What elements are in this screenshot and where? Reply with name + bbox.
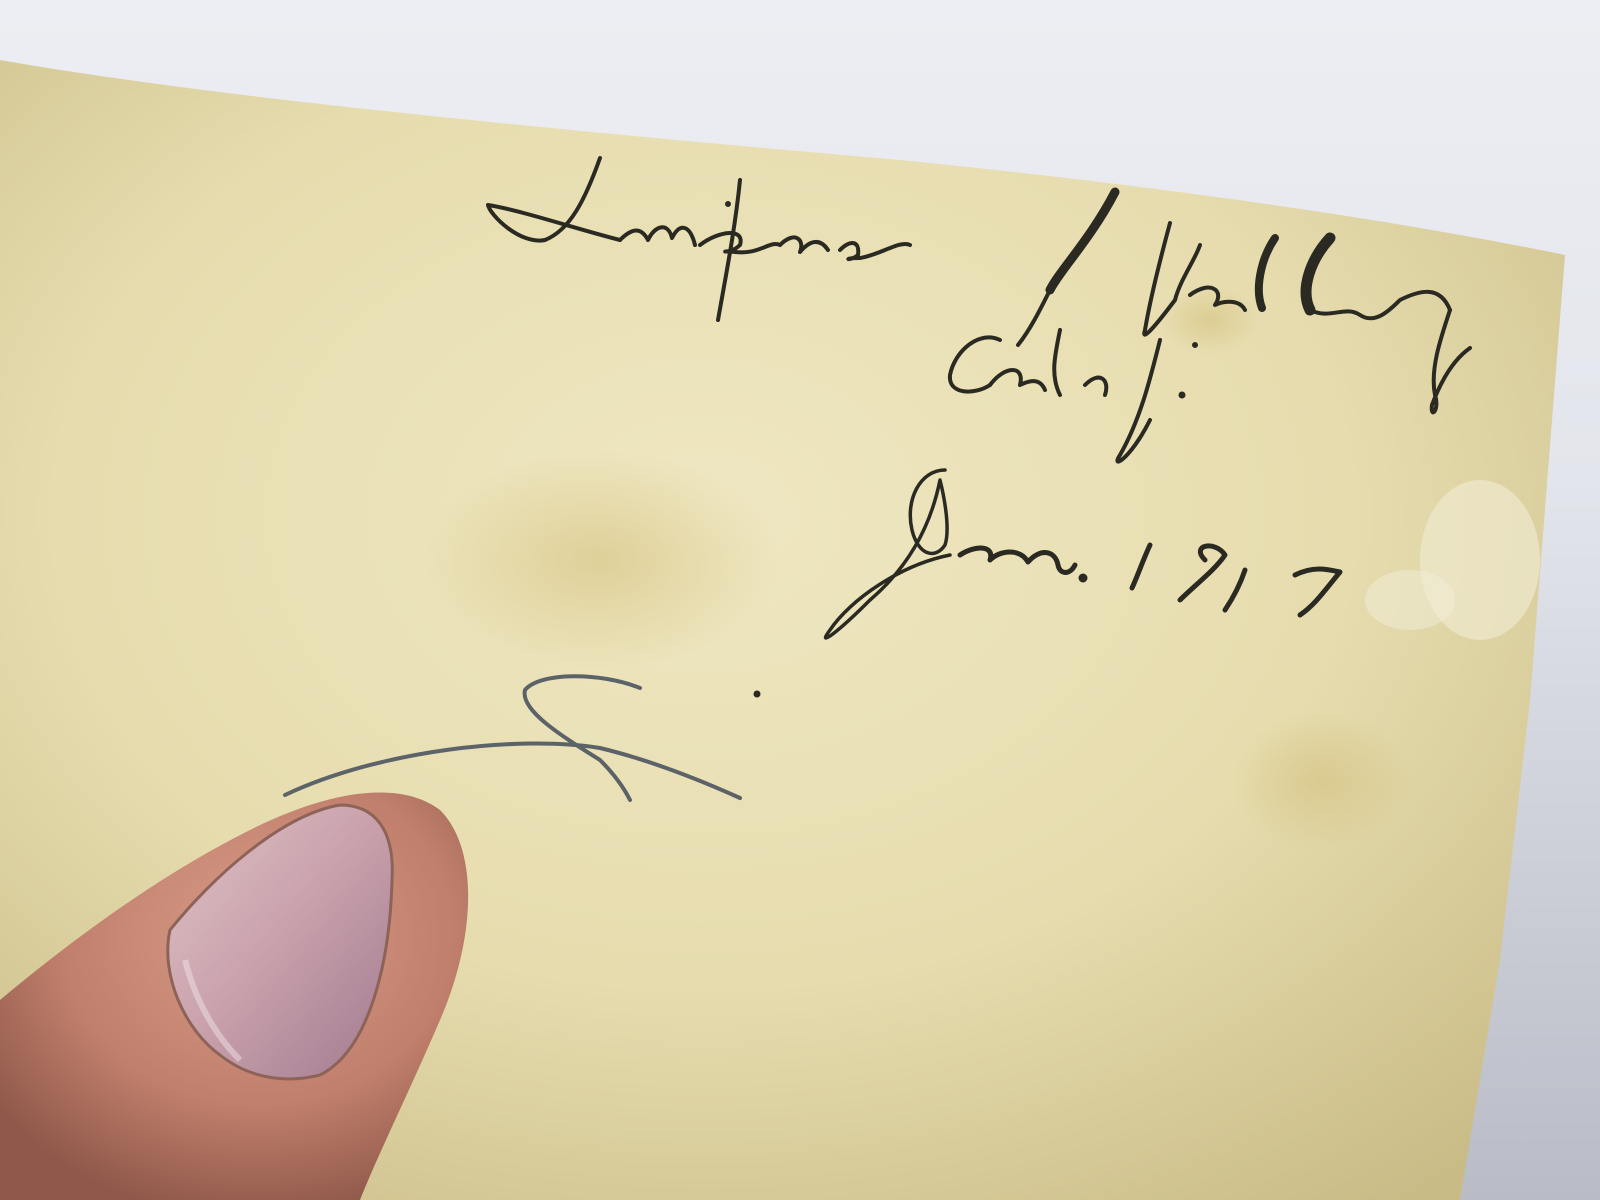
photo-illustration (0, 0, 1600, 1200)
photo-scene (0, 0, 1600, 1200)
